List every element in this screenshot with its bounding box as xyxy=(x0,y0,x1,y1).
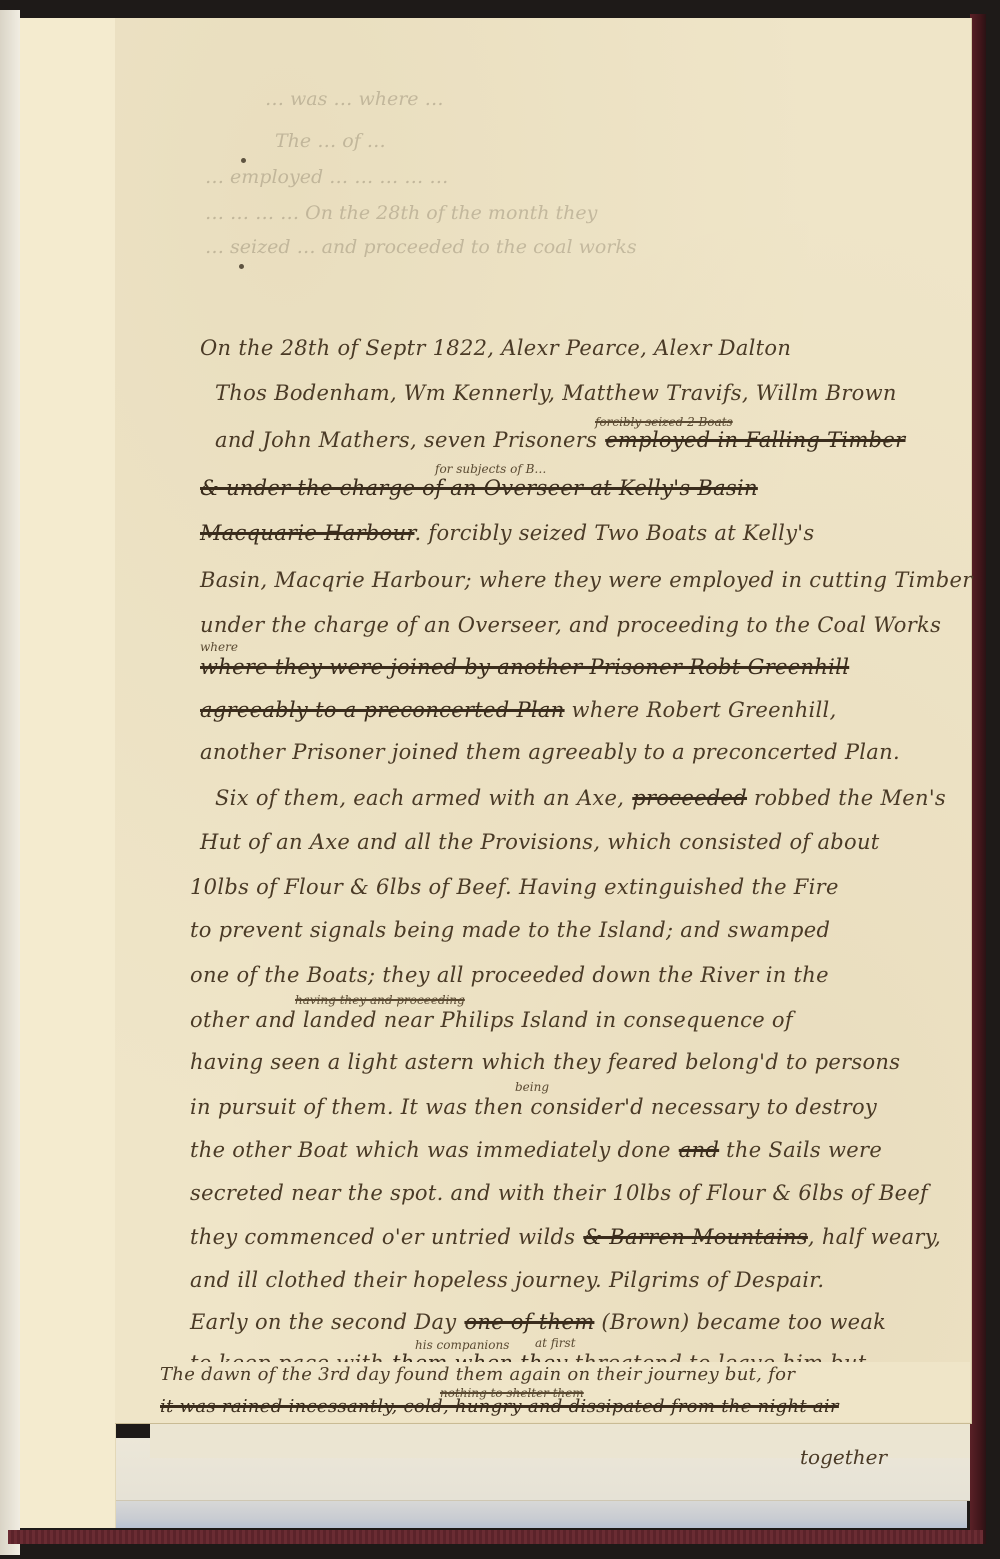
line-text: Early on the second Day xyxy=(190,1310,456,1334)
line-text: where Robert Greenhill, xyxy=(565,698,837,722)
binding-cover-bottom xyxy=(8,1530,983,1544)
manuscript-line: other and landed near Philips Island in … xyxy=(190,1008,793,1032)
line-text: they commenced o'er untried wilds xyxy=(190,1225,575,1249)
flyleaf-edge xyxy=(0,10,20,1555)
interlinear-insertion: his companions xyxy=(415,1338,509,1352)
manuscript-line: in pursuit of them. It was then consider… xyxy=(190,1095,877,1119)
manuscript-line: Thos Bodenham, Wm Kennerly, Matthew Trav… xyxy=(215,381,897,405)
struck-text: it was rained incessantly, cold, hungry … xyxy=(160,1396,839,1417)
manuscript-line: Hut of an Axe and all the Provisions, wh… xyxy=(200,830,880,854)
line-text: , half weary, xyxy=(808,1225,941,1249)
manuscript-line: and John Mathers, seven Prisonersemploye… xyxy=(215,428,905,452)
manuscript-line: The dawn of the 3rd day found them again… xyxy=(160,1364,795,1385)
manuscript-line: secreted near the spot. and with their 1… xyxy=(190,1181,928,1205)
manuscript-line: having seen a light astern which they fe… xyxy=(190,1050,900,1074)
manuscript-line: Six of them, each armed with an Axe,proc… xyxy=(215,786,946,810)
line-text: the Sails were xyxy=(719,1138,882,1162)
manuscript-line: & under the charge of an Overseer at Kel… xyxy=(200,476,758,500)
manuscript-line: it was rained incessantly, cold, hungry … xyxy=(160,1396,839,1417)
binding-cover-right xyxy=(970,14,986,1544)
struck-text: & Barren Mountains xyxy=(583,1225,808,1249)
ghost-text-line: … employed … … … … … xyxy=(205,166,448,188)
line-text: . forcibly seized Two Boats at Kelly's xyxy=(414,521,814,545)
line-text: Six of them, each armed with an Axe, xyxy=(215,786,624,810)
struck-text: & under the charge of an Overseer at Kel… xyxy=(200,476,758,500)
line-text: robbed the Men's xyxy=(747,786,946,810)
ink-spot xyxy=(241,158,246,163)
ghost-text-line: … … … … On the 28th of the month they xyxy=(205,202,597,224)
manuscript-line: where they were joined by another Prison… xyxy=(200,655,849,679)
interlinear-insertion: for subjects of B… xyxy=(435,462,546,476)
struck-text: agreeably to a preconcerted Plan xyxy=(200,698,565,722)
manuscript-line: one of the Boats; they all proceeded dow… xyxy=(190,963,829,987)
interlinear-insertion: forcibly seized 2 Boats xyxy=(595,415,733,429)
struck-text: Macquarie Harbour xyxy=(200,521,414,545)
ghost-text-line: The … of … xyxy=(275,130,386,152)
manuscript-line: Macquarie Harbour. forcibly seized Two B… xyxy=(200,521,814,545)
struck-text: employed in Falling Timber xyxy=(605,428,905,452)
manuscript-line: to prevent signals being made to the Isl… xyxy=(190,918,830,942)
manuscript-line: Early on the second Dayone of them (Brow… xyxy=(190,1310,886,1334)
ink-spot xyxy=(239,264,244,269)
struck-text: and xyxy=(679,1138,719,1162)
manuscript-line: agreeably to a preconcerted Plan where R… xyxy=(200,698,837,722)
interlinear-insertion: where xyxy=(200,640,238,654)
ghost-text-line: … seized … and proceeded to the coal wor… xyxy=(205,236,637,258)
struck-text: where they were joined by another Prison… xyxy=(200,655,849,679)
struck-text: one of them xyxy=(464,1310,594,1334)
interlinear-insertion: having they and proceeding xyxy=(295,993,465,1007)
line-text: the other Boat which was immediately don… xyxy=(190,1138,671,1162)
manuscript-line: Basin, Macqrie Harbour; where they were … xyxy=(200,568,973,592)
catchword: together xyxy=(800,1445,887,1469)
manuscript-line: another Prisoner joined them agreeably t… xyxy=(200,740,900,764)
interlinear-insertion: at first xyxy=(535,1336,576,1350)
interlinear-insertion: being xyxy=(515,1080,549,1094)
manuscript-line: 10lbs of Flour & 6lbs of Beef. Having ex… xyxy=(190,875,839,899)
line-text: and John Mathers, seven Prisoners xyxy=(215,428,597,452)
manuscript-line: On the 28th of Septr 1822, Alexr Pearce,… xyxy=(200,336,791,360)
manuscript-leaf: … was … where … The … of … … employed … … xyxy=(115,18,972,1424)
manuscript-line: and ill clothed their hopeless journey. … xyxy=(190,1268,824,1292)
manuscript-line: under the charge of an Overseer, and pro… xyxy=(200,613,941,637)
binding-stub xyxy=(20,18,116,1528)
struck-text: proceeded xyxy=(632,786,747,810)
ghost-text-line: … was … where … xyxy=(265,88,444,110)
manuscript-line: the other Boat which was immediately don… xyxy=(190,1138,882,1162)
line-text: (Brown) became too weak xyxy=(594,1310,886,1334)
leaf-bottom-strip: The dawn of the 3rd day found them again… xyxy=(160,1362,970,1422)
manuscript-line: they commenced o'er untried wilds& Barre… xyxy=(190,1225,941,1249)
